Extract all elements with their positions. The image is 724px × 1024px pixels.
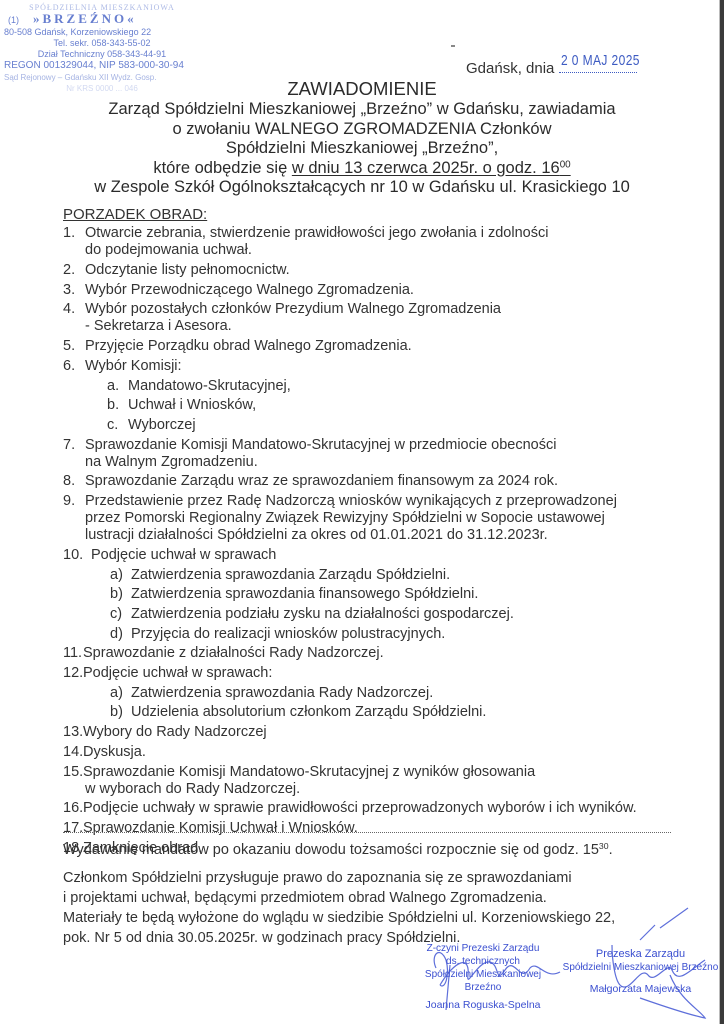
agenda-item: 12.Podjęcie uchwał w sprawach: <box>63 665 683 682</box>
agenda-item-number: 15. <box>63 764 83 781</box>
agenda-item-text-continued: przez Pomorski Regionalny Związek Rewizy… <box>85 510 683 527</box>
agenda-item: 13.Wybory do Rady Nadzorczej <box>63 724 683 741</box>
agenda-item: 4.Wybór pozostałych członków Prezydium W… <box>63 301 683 335</box>
agenda-item-number: 2. <box>63 262 75 279</box>
agenda-subitem: c)Zatwierdzenia podziału zysku na działa… <box>63 606 683 623</box>
agenda-subitem: d)Przyjęcia do realizacji wniosków polus… <box>63 626 683 643</box>
agenda-item-text: Wybory do Rady Nadzorczej <box>83 724 683 741</box>
agenda-item-text: Wybór Przewodniczącego Walnego Zgromadze… <box>85 282 683 299</box>
agenda-subitem-letter: d) <box>110 626 123 643</box>
agenda-subitem: a)Zatwierdzenia sprawozdania Zarządu Spó… <box>63 567 683 584</box>
agenda-item-text: Przedstawienie przez Radę Nadzorczą wnio… <box>85 493 683 510</box>
agenda-item: 17.Sprawozdanie Komisji Uchwał i Wnioskó… <box>63 820 683 837</box>
agenda-item-text-continued: w wyborach do Rady Nadzorczej. <box>83 781 683 798</box>
agenda-item: 5.Przyjęcie Porządku obrad Walnego Zgrom… <box>63 338 683 355</box>
agenda-subitem: a.Mandatowo-Skrutacyjnej, <box>63 378 683 395</box>
agenda-item-number: 1. <box>63 225 75 242</box>
meeting-location: w Zespole Szkół Ogólnokształcących nr 10… <box>0 178 724 198</box>
agenda-subitem-letter: a. <box>107 378 119 395</box>
agenda-item-number: 16. <box>63 800 83 817</box>
materials-paragraph: Członkom Spółdzielni przysługuje prawo d… <box>63 868 703 948</box>
stamp-address: 80-508 Gdańsk, Korzeniowskiego 22 <box>4 27 200 38</box>
agenda-item-number: 13. <box>63 724 83 741</box>
agenda-item: 7.Sprawozdanie Komisji Mandatowo-Skrutac… <box>63 437 683 471</box>
agenda-item-number: 14. <box>63 744 83 761</box>
agenda-item: 6.Wybór Komisji: <box>63 358 683 375</box>
agenda-item: 16.Podjęcie uchwały w sprawie prawidłowo… <box>63 800 683 817</box>
agenda-item-number: 17. <box>63 820 83 837</box>
agenda-item-number: 9. <box>63 493 75 510</box>
agenda-subitem-text: Zatwierdzenia podziału zysku na działaln… <box>131 606 514 622</box>
agenda-subitem-letter: b) <box>110 704 123 721</box>
agenda-item-number: 6. <box>63 358 75 375</box>
agenda-subitem-text: Uchwał i Wniosków, <box>128 397 256 413</box>
stamp-ids: REGON 001329044, NIP 583-000-30-94 <box>4 60 200 71</box>
header-line-1: Zarząd Spółdzielni Mieszkaniowej „Brzeźn… <box>0 100 724 120</box>
agenda-item-text-continued: do podejmowania uchwał. <box>85 242 683 259</box>
stamp-phone: Tel. sekr. 058-343-55-02 <box>4 38 200 49</box>
agenda-subitem-text: Udzielenia absolutorium członkom Zarządu… <box>131 704 486 720</box>
agenda-subitem-letter: a) <box>110 685 123 702</box>
signature-vice-president: Z-czyni Prezeski Zarządu ds. technicznyc… <box>408 942 558 1012</box>
agenda-subitem-text: Zatwierdzenia sprawozdania Rady Nadzorcz… <box>131 685 433 701</box>
agenda-list: 1.Otwarcie zebrania, stwierdzenie prawid… <box>63 225 683 860</box>
scan-mark <box>451 45 455 47</box>
agenda-subitem: c.Wyborczej <box>63 417 683 434</box>
agenda-subitem-text: Wyborczej <box>128 417 196 433</box>
agenda-item-text-continued: na Walnym Zgromadzeniu. <box>85 454 683 471</box>
agenda-subitem: b)Udzielenia absolutorium członkom Zarzą… <box>63 704 683 721</box>
agenda-subitem-text: Zatwierdzenia sprawozdania finansowego S… <box>131 586 478 602</box>
agenda-item-text: Odczytanie listy pełnomocnictw. <box>85 262 683 279</box>
agenda-item-number: 11. <box>63 645 82 662</box>
header-line-2: o zwołaniu WALNEGO ZGROMADZENIA Członków <box>0 120 724 140</box>
agenda-item: 8.Sprawozdanie Zarządu wraz ze sprawozda… <box>63 473 683 490</box>
signer-name: Joanna Roguska-Spelna <box>408 999 558 1012</box>
agenda-subitem-letter: b) <box>110 586 123 603</box>
agenda-item-text: Wybór Komisji: <box>85 358 683 375</box>
agenda-item-number: 5. <box>63 338 75 355</box>
dotted-separator <box>63 832 671 833</box>
agenda-item-text: Sprawozdanie Zarządu wraz ze sprawozdani… <box>85 473 683 490</box>
agenda-title: PORZADEK OBRAD: <box>63 206 207 223</box>
agenda-subitem-letter: c. <box>107 417 118 434</box>
agenda-item-text-continued: lustracji działalności Spółdzielni za ok… <box>85 527 683 544</box>
agenda-item-text: Wybór pozostałych członków Prezydium Wal… <box>85 301 683 318</box>
agenda-item-text: Przyjęcie Porządku obrad Walnego Zgromad… <box>85 338 683 355</box>
agenda-subitem-text: Zatwierdzenia sprawozdania Zarządu Spółd… <box>131 567 450 583</box>
agenda-subitem-letter: a) <box>110 567 123 584</box>
signer-name: Małgorzata Majewska <box>553 983 724 996</box>
mandates-note: Wydawanie mandatów po okazaniu dowodu to… <box>63 842 613 858</box>
document-title: ZAWIADOMIENIE <box>0 78 724 100</box>
date-field: 2 0 MAJ 2025 <box>559 58 637 73</box>
agenda-item-text: Dyskusja. <box>83 744 683 761</box>
document-date: Gdańsk, dnia 2 0 MAJ 2025 <box>466 58 637 77</box>
agenda-subitem-text: Przyjęcia do realizacji wniosków polustr… <box>131 626 445 642</box>
agenda-item-text-continued: - Sekretarza i Asesora. <box>85 318 683 335</box>
agenda-item: 9.Przedstawienie przez Radę Nadzorczą wn… <box>63 493 683 544</box>
date-stamp: 2 0 MAJ 2025 <box>561 52 640 69</box>
agenda-subitem-text: Mandatowo-Skrutacyjnej, <box>128 378 291 394</box>
agenda-item-text: Sprawozdanie Komisji Uchwał i Wniosków. <box>83 820 683 837</box>
agenda-subitem: b)Zatwierdzenia sprawozdania finansowego… <box>63 586 683 603</box>
agenda-item-number: 4. <box>63 301 75 318</box>
agenda-item-number: 3. <box>63 282 75 299</box>
signature-president: Prezeska Zarządu Spółdzielni Mieszkaniow… <box>553 948 724 996</box>
agenda-item: 3.Wybór Przewodniczącego Walnego Zgromad… <box>63 282 683 299</box>
agenda-item-text: Sprawozdanie Komisji Mandatowo-Skrutacyj… <box>83 764 683 781</box>
agenda-item: 14.Dyskusja. <box>63 744 683 761</box>
agenda-item-number: 8. <box>63 473 75 490</box>
agenda-item-number: 12. <box>63 665 83 682</box>
agenda-item-text: Sprawozdanie z działalności Rady Nadzorc… <box>83 645 683 662</box>
stamp-tech-dept: Dział Techniczny 058-343-44-91 <box>4 49 200 60</box>
agenda-item-number: 10. <box>63 547 83 564</box>
agenda-item: 15.Sprawozdanie Komisji Mandatowo-Skruta… <box>63 764 683 798</box>
agenda-subitem-letter: c) <box>110 606 122 623</box>
agenda-item-number: 7. <box>63 437 75 454</box>
agenda-item: 11.Sprawozdanie z działalności Rady Nadz… <box>63 645 683 662</box>
header-line-3: Spółdzielni Mieszkaniowej „Brzeźno”, <box>0 139 724 159</box>
notice-header: ZAWIADOMIENIE Zarząd Spółdzielni Mieszka… <box>0 78 724 198</box>
agenda-item-text: Podjęcie uchwał w sprawach: <box>83 665 683 682</box>
agenda-subitem: b.Uchwał i Wniosków, <box>63 397 683 414</box>
agenda-item-text: Otwarcie zebrania, stwierdzenie prawidło… <box>85 225 683 242</box>
agenda-item: 1.Otwarcie zebrania, stwierdzenie prawid… <box>63 225 683 259</box>
agenda-item-text: Podjęcie uchwał w sprawach <box>85 547 683 564</box>
agenda-item-text: Podjęcie uchwały w sprawie prawidłowości… <box>83 800 683 817</box>
agenda-subitem: a)Zatwierdzenia sprawozdania Rady Nadzor… <box>63 685 683 702</box>
agenda-item-text: Sprawozdanie Komisji Mandatowo-Skrutacyj… <box>85 437 683 454</box>
stamp-heading: SPÓŁDZIELNIA MIESZKANIOWA <box>4 2 200 13</box>
meeting-datetime: które odbędzie się w dniu 13 czerwca 202… <box>0 159 724 179</box>
stamp-name: (1)»BRZEŹNO« <box>4 13 200 26</box>
agenda-item: 10.Podjęcie uchwał w sprawach <box>63 547 683 564</box>
agenda-item: 2.Odczytanie listy pełnomocnictw. <box>63 262 683 279</box>
agenda-subitem-letter: b. <box>107 397 119 414</box>
